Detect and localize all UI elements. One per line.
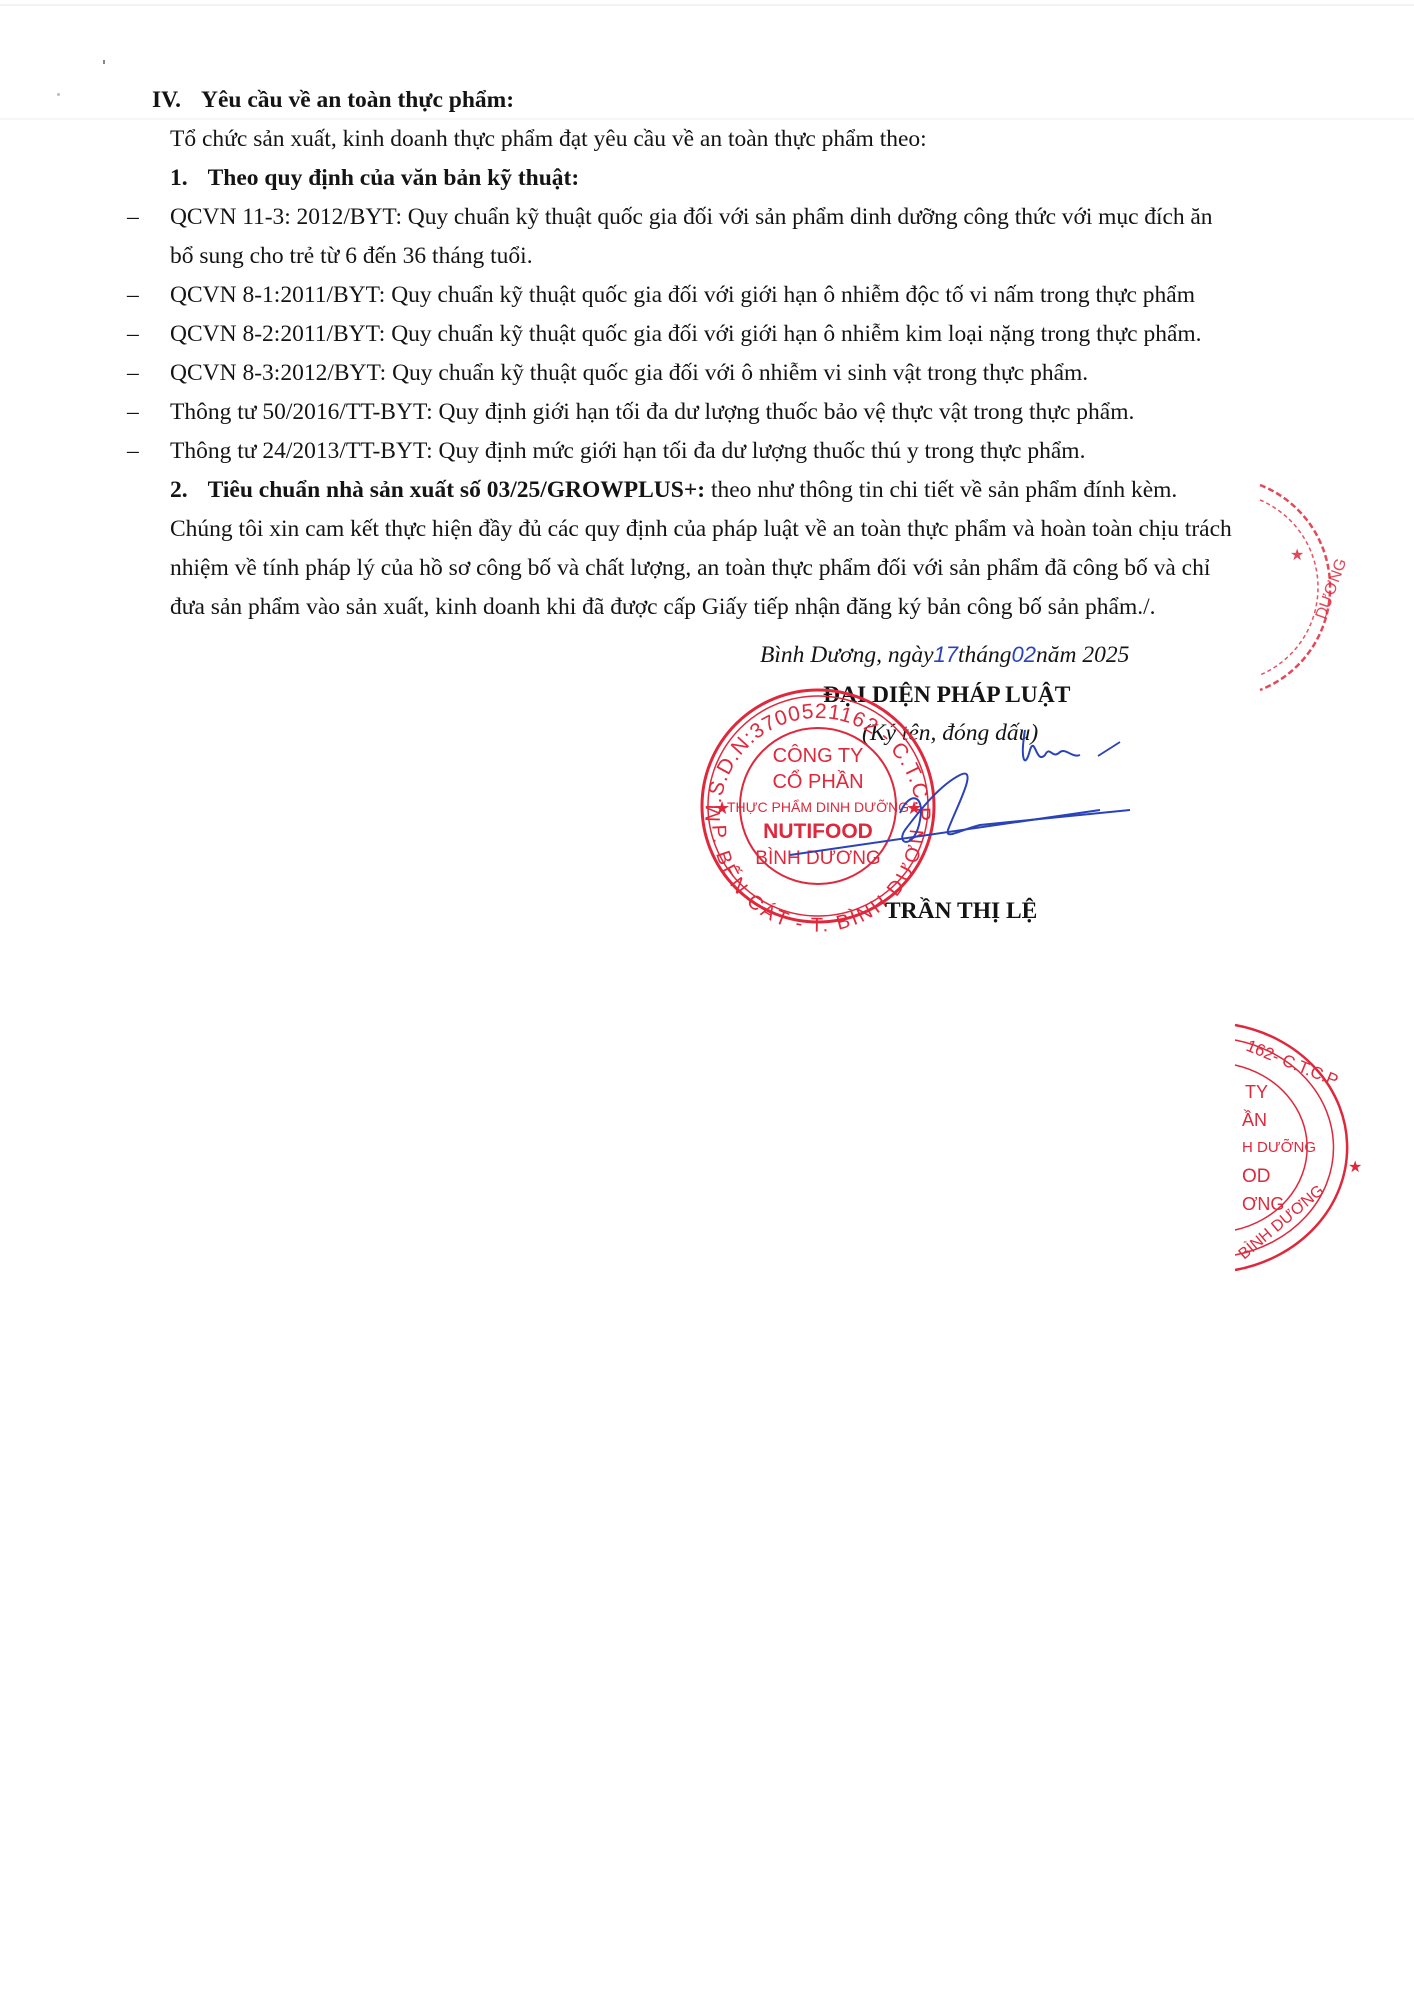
list-item: Thông tư 50/2016/TT-BYT: Quy định giới h…: [170, 401, 1134, 425]
scan-artifact-top: [0, 4, 1414, 6]
svg-text:TY: TY: [1245, 1082, 1268, 1102]
subsection-1-title: Theo quy định của văn bản kỹ thuật:: [208, 165, 580, 191]
subsection-1-heading: 1.Theo quy định của văn bản kỹ thuật:: [170, 167, 579, 191]
list-item-continuation: bổ sung cho trẻ từ 6 đến 36 tháng tuổi.: [170, 245, 533, 269]
month-label: tháng: [958, 642, 1012, 668]
partial-margin-stamp-lower: 162- C.T.C.P TY ẦN H DƯỠNG OD ƠNG BÌNH D…: [1230, 1010, 1390, 1290]
list-bullet: –: [127, 401, 139, 425]
subsection-2-number: 2.: [170, 477, 188, 503]
section-title: Yêu cầu về an toàn thực phẩm:: [201, 87, 514, 113]
subsection-1-number: 1.: [170, 165, 188, 191]
scan-speck: [103, 60, 105, 64]
year-label: năm 2025: [1036, 642, 1129, 668]
svg-text:★: ★: [1290, 547, 1304, 564]
scan-artifact-under-heading: [0, 118, 1414, 120]
subsection-2: 2.Tiêu chuẩn nhà sản xuất số 03/25/GROWP…: [170, 479, 1177, 503]
list-bullet: –: [127, 362, 139, 386]
svg-text:ƠNG: ƠNG: [1242, 1194, 1284, 1214]
svg-text:★: ★: [1348, 1159, 1362, 1176]
list-bullet: –: [127, 440, 139, 464]
svg-text:OD: OD: [1242, 1166, 1271, 1187]
svg-text:H DƯỠNG: H DƯỠNG: [1242, 1139, 1316, 1156]
svg-text:BÌNH DƯƠNG: BÌNH DƯƠNG: [1234, 1181, 1327, 1263]
svg-text:ẦN: ẦN: [1242, 1109, 1267, 1130]
list-bullet: –: [127, 206, 139, 230]
list-item: QCVN 8-3:2012/BYT: Quy chuẩn kỹ thuật qu…: [170, 362, 1088, 386]
section-heading: IV.Yêu cầu về an toàn thực phẩm:: [152, 89, 514, 113]
commitment-line-2: nhiệm về tính pháp lý của hồ sơ công bố …: [170, 557, 1210, 581]
signer-name: TRẦN THỊ LỆ: [885, 900, 1037, 924]
place-date: Bình Dương, ngày17tháng02năm 2025: [760, 644, 1129, 668]
subsection-2-text: theo như thông tin chi tiết về sản phẩm …: [705, 477, 1177, 503]
list-bullet: –: [127, 323, 139, 347]
scan-speck: [57, 93, 60, 96]
handwritten-month: 02: [1012, 642, 1036, 667]
handwritten-day: 17: [934, 642, 958, 667]
partial-margin-stamp-upper: DƯƠNG ★: [1255, 480, 1375, 700]
list-item: QCVN 11-3: 2012/BYT: Quy chuẩn kỹ thuật …: [170, 206, 1212, 230]
list-item: QCVN 8-2:2011/BYT: Quy chuẩn kỹ thuật qu…: [170, 323, 1202, 347]
section-intro: Tổ chức sản xuất, kinh doanh thực phẩm đ…: [170, 128, 927, 152]
commitment-line-1: Chúng tôi xin cam kết thực hiện đầy đủ c…: [170, 518, 1232, 542]
date-prefix: Bình Dương, ngày: [760, 642, 934, 668]
subsection-2-title: Tiêu chuẩn nhà sản xuất số 03/25/GROWPLU…: [208, 477, 705, 503]
section-number: IV.: [152, 87, 181, 113]
list-bullet: –: [127, 284, 139, 308]
list-item: Thông tư 24/2013/TT-BYT: Quy định mức gi…: [170, 440, 1085, 464]
list-item: QCVN 8-1:2011/BYT: Quy chuẩn kỹ thuật qu…: [170, 284, 1195, 308]
commitment-line-3: đưa sản phẩm vào sản xuất, kinh doanh kh…: [170, 596, 1156, 620]
handwritten-signature: [840, 720, 1240, 870]
